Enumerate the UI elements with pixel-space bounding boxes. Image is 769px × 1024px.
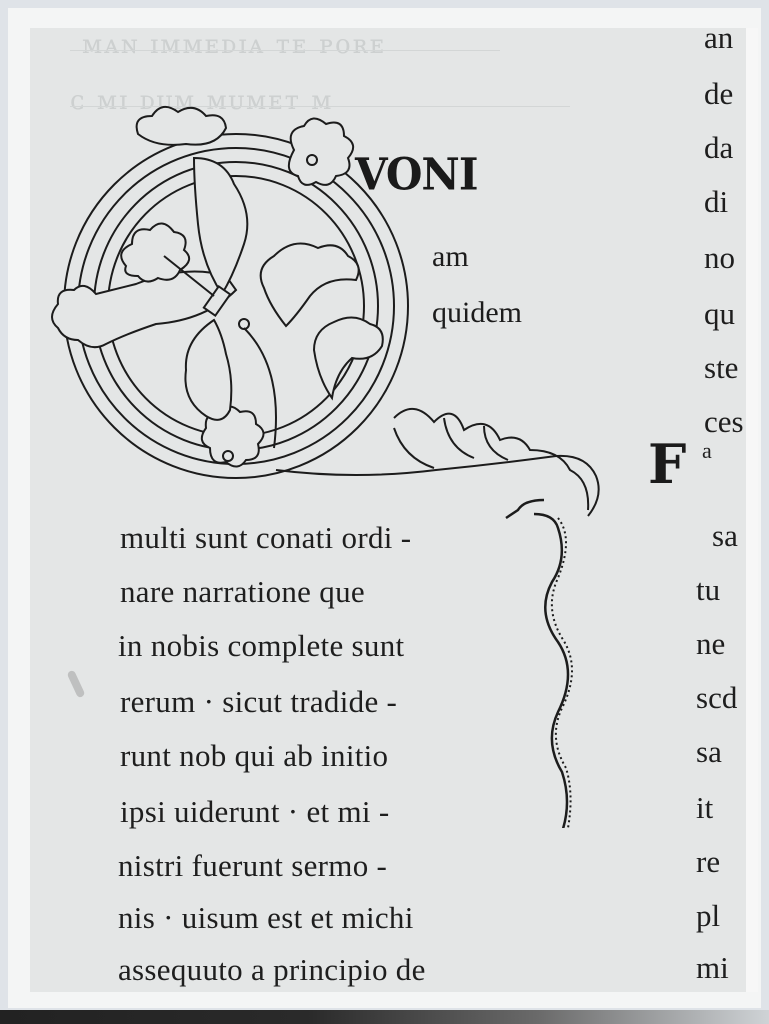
right-column-line: de xyxy=(704,76,733,112)
right-column-initial-f: F xyxy=(648,432,686,496)
right-column-line: ste xyxy=(704,350,738,386)
text-line: in nobis complete sunt xyxy=(118,628,404,664)
text-line: multi sunt conati ordi - xyxy=(120,520,411,556)
right-column-line: re xyxy=(696,844,720,880)
right-column-line: pl xyxy=(696,898,720,934)
right-column-line: it xyxy=(696,790,713,826)
right-column-line: di xyxy=(704,184,728,220)
text-line: rerum · sicut tradide - xyxy=(120,684,397,720)
bleed-through-line-1: ᴍᴀɴ ɪᴍᴍᴇᴅɪᴀ ᴛᴇ ᴘᴏʀᴇ xyxy=(82,30,386,60)
right-column-line: an xyxy=(704,20,733,56)
text-line: ipsi uiderunt · et mi - xyxy=(120,794,390,830)
photo-edge xyxy=(746,28,758,992)
heading-line-2: am xyxy=(432,240,469,274)
right-column-line: da xyxy=(704,130,733,166)
right-column-line: tu xyxy=(696,572,720,608)
scan-bottom-edge xyxy=(0,1010,769,1024)
right-column-line: ces xyxy=(704,404,744,440)
right-column-line: no xyxy=(704,240,735,276)
right-column-line: qu xyxy=(704,296,735,332)
right-column-superscript: a xyxy=(702,438,712,464)
heading-voni: VONI xyxy=(355,149,477,200)
heading-line-3: quidem xyxy=(432,296,522,330)
right-column-line: sa xyxy=(712,518,738,554)
right-column-line: scd xyxy=(696,680,737,716)
ruling-line xyxy=(70,50,500,51)
right-column-line: mi xyxy=(696,950,729,986)
text-line: nistri fuerunt sermo - xyxy=(118,848,387,884)
text-line: nare narratione que xyxy=(120,574,365,610)
text-line: runt nob qui ab initio xyxy=(120,738,388,774)
right-column-line: ne xyxy=(696,626,725,662)
text-line: nis · uisum est et michi xyxy=(118,900,414,936)
text-line: assequuto a principio de xyxy=(118,952,426,988)
right-column-line: sa xyxy=(696,734,722,770)
